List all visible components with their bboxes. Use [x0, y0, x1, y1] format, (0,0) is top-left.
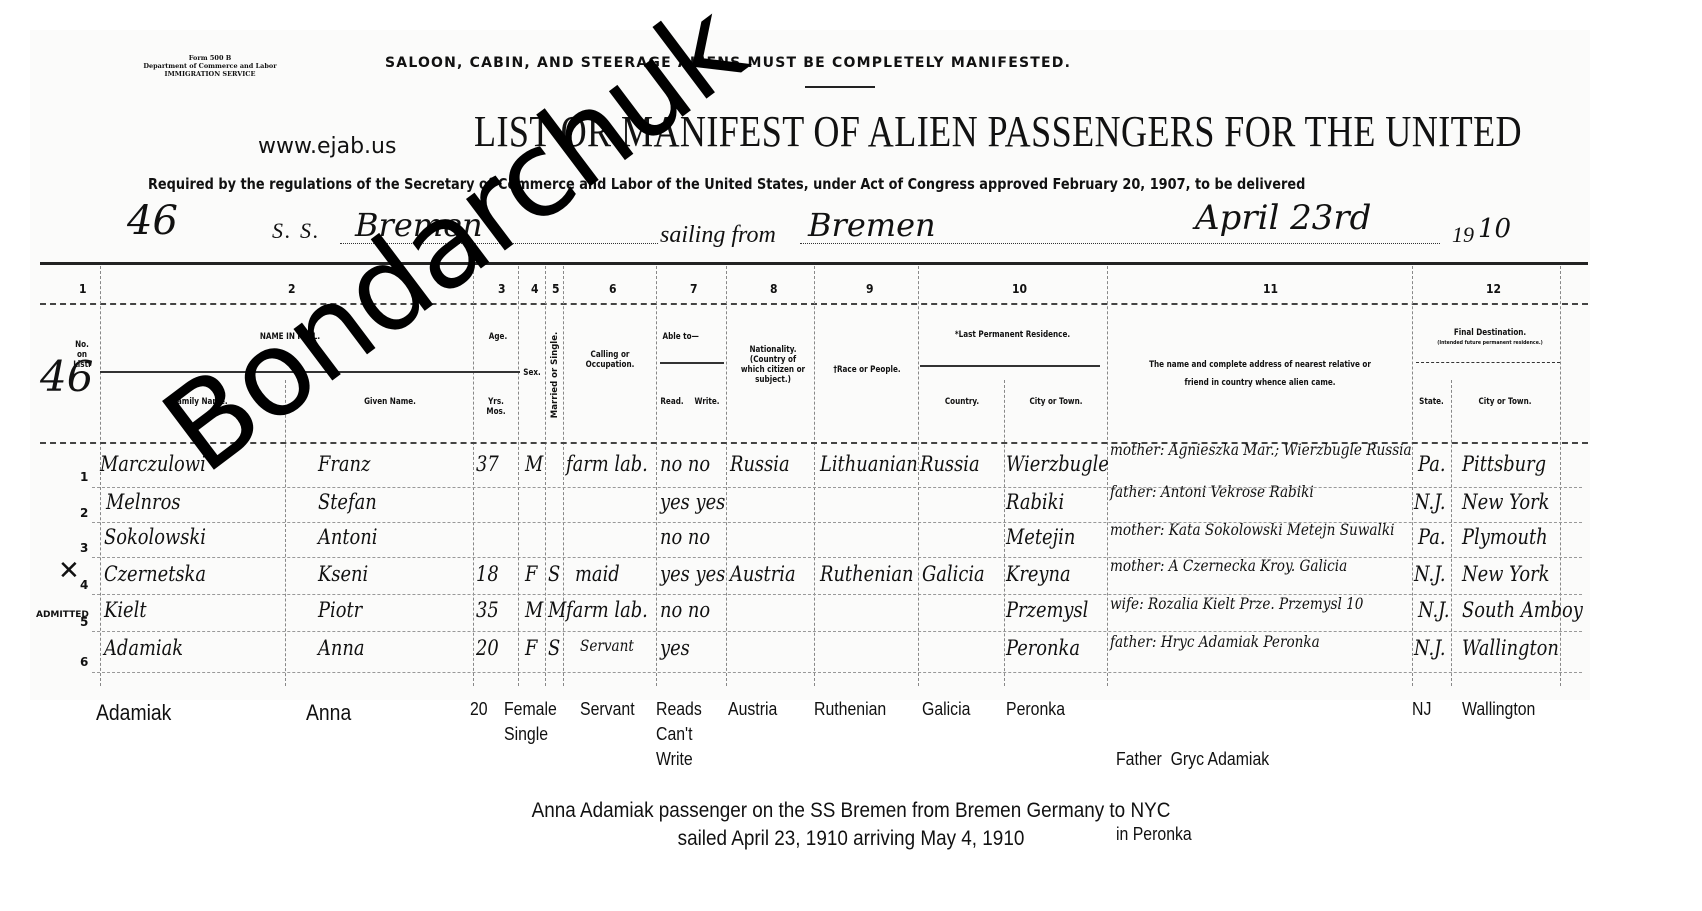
x-mark: ✕ — [58, 556, 80, 586]
dest-city-header: City or Town. — [1463, 397, 1548, 407]
transcription-state: NJ — [1412, 697, 1431, 722]
relative-line-1: Father Gryc Adamiak — [1116, 747, 1269, 772]
col-divider — [918, 266, 919, 686]
write-header: Write. — [693, 397, 722, 407]
married: M — [548, 598, 566, 622]
col-divider — [1412, 266, 1413, 686]
col-num: 1 — [79, 282, 87, 296]
state: N.J. — [1414, 562, 1446, 586]
col-num: 10 — [1012, 282, 1027, 296]
sailing-date: April 23rd — [1195, 198, 1371, 238]
state-header: State. — [1415, 397, 1448, 407]
calling-header: Calling or Occupation. — [580, 350, 640, 370]
relative: father: Antoni Vekrose Rabiki — [1110, 482, 1314, 501]
literacy-write: Write — [656, 747, 702, 772]
marital-value: Single — [504, 722, 557, 747]
col-divider — [518, 266, 519, 686]
relative-header: The name and complete address of nearest… — [1141, 356, 1379, 392]
race: Ruthenian — [820, 562, 914, 586]
age: 37 — [476, 452, 499, 476]
col-num: 5 — [552, 282, 560, 296]
given-name: Kseni — [318, 562, 368, 586]
transcription-country: Galicia — [922, 697, 970, 722]
read-write: yes yes — [660, 562, 725, 586]
age-header: Age. — [481, 332, 515, 342]
relative: mother: A Czernecka Kroy. Galicia — [1110, 556, 1347, 575]
country-header: Country. — [926, 397, 997, 407]
last-residence-header: *Last Permanent Residence. — [938, 330, 1087, 340]
col-divider — [473, 266, 474, 686]
state: N.J. — [1414, 636, 1446, 660]
married: S — [548, 636, 560, 660]
nationality: Russia — [730, 452, 790, 476]
family-name: Kielt — [104, 598, 147, 622]
row-number: 2 — [80, 506, 88, 520]
nationality: Austria — [730, 562, 796, 586]
col-num: 8 — [770, 282, 778, 296]
country: Russia — [920, 452, 980, 476]
destination-rule — [1416, 362, 1560, 363]
col-num: 6 — [609, 282, 617, 296]
col-num: 11 — [1263, 282, 1278, 296]
read-write: yes yes — [660, 490, 725, 514]
sailing-from-label: sailing from — [660, 222, 776, 249]
city: Rabiki — [1006, 490, 1064, 514]
col-divider — [1560, 266, 1561, 686]
given-name: Anna — [318, 636, 365, 660]
dest-city: Plymouth — [1462, 525, 1548, 549]
dest-city: New York — [1462, 490, 1549, 514]
residence-rule — [920, 365, 1100, 367]
nationality-header: Nationality. (Country of which citizen o… — [740, 345, 806, 385]
family-name: Adamiak — [104, 636, 183, 660]
age: 20 — [476, 636, 499, 660]
col-divider — [656, 266, 657, 686]
service: IMMIGRATION SERVICE — [130, 70, 290, 78]
married: S — [548, 562, 560, 586]
calling: farm lab. — [566, 598, 648, 622]
age: 18 — [476, 562, 499, 586]
sex-header: Sex. — [522, 368, 542, 378]
final-destination-sub: (Intended future permanent residence.) — [1431, 340, 1550, 346]
read-write: no no — [660, 452, 710, 476]
col-divider — [545, 266, 546, 686]
age-sub-header: Yrs. Mos. — [477, 397, 514, 417]
transcription-family: Adamiak — [96, 700, 171, 725]
calling: Servant — [580, 636, 634, 655]
sex: M — [525, 452, 543, 476]
col-divider — [563, 266, 564, 686]
transcription-given: Anna — [306, 700, 351, 725]
caption-line-1: Anna Adamiak passenger on the SS Bremen … — [85, 797, 1617, 825]
row-number: 1 — [80, 470, 88, 484]
calling: maid — [575, 562, 620, 586]
family-name: Melnros — [106, 490, 180, 514]
read-write: yes — [660, 636, 690, 660]
sex: F — [525, 562, 537, 586]
banner-rule — [805, 86, 875, 88]
dest-city: Wallington — [1462, 636, 1559, 660]
transcription-race: Ruthenian — [814, 697, 886, 722]
read-header: Read. — [658, 397, 687, 407]
able-rule — [660, 362, 724, 364]
literacy-cant: Can't — [656, 722, 702, 747]
col-num: 9 — [866, 282, 874, 296]
relative: wife: Rozalia Kielt Prze. Przemysl 10 — [1110, 594, 1363, 613]
col-num: 7 — [690, 282, 698, 296]
col-divider — [1004, 380, 1005, 686]
col-divider — [814, 266, 815, 686]
row-number: 5 — [80, 615, 88, 629]
city: Peronka — [1006, 636, 1080, 660]
literacy-read: Reads — [656, 697, 702, 722]
required-line: Required by the regulations of the Secre… — [148, 175, 1305, 193]
city: Wierzbugle — [1006, 452, 1109, 476]
row-line — [92, 557, 1582, 558]
row-number: 3 — [80, 541, 88, 555]
row-number: 6 — [80, 655, 88, 669]
dest-city: New York — [1462, 562, 1549, 586]
year-prefix: 19 — [1452, 222, 1474, 248]
port: Bremen — [808, 206, 936, 244]
state: Pa. — [1418, 525, 1446, 549]
final-destination-header: Final Destination. — [1431, 328, 1550, 338]
form-number: Form 500 B — [130, 54, 290, 62]
relative: mother: Kata Sokolowski Metejn Suwalki — [1110, 520, 1394, 539]
header-rule — [40, 262, 1588, 265]
family-name: Sokolowski — [104, 525, 206, 549]
relative: father: Hryc Adamiak Peronka — [1110, 632, 1320, 651]
department: Department of Commerce and Labor — [130, 62, 290, 70]
able-to-header: Able to— — [663, 332, 714, 342]
transcription-nationality: Austria — [728, 697, 777, 722]
caption-line-2: sailed April 23, 1910 arriving May 4, 19… — [85, 825, 1617, 853]
state: N.J. — [1418, 598, 1450, 622]
site-watermark: www.ejab.us — [258, 134, 396, 159]
state: N.J. — [1414, 490, 1446, 514]
read-write: no no — [660, 598, 710, 622]
page-number-hand: 46 — [40, 352, 93, 401]
race-header: †Race or People. — [829, 365, 906, 375]
given-name: Franz — [318, 452, 370, 476]
row-line — [92, 672, 1582, 673]
race: Lithuanian — [820, 452, 918, 476]
col-divider — [100, 266, 101, 686]
given-name: Stefan — [318, 490, 377, 514]
col-num: 4 — [531, 282, 539, 296]
relative: mother: Agnieszka Mar.; Wierzbugle Russi… — [1110, 440, 1412, 459]
calling: farm lab. — [566, 452, 648, 476]
transcription-sex-marital: Female Single — [504, 697, 557, 747]
city: Przemysl — [1006, 598, 1088, 622]
form-id: Form 500 B Department of Commerce and La… — [130, 54, 290, 78]
year-suffix: 10 — [1478, 214, 1511, 244]
city: Kreyna — [1006, 562, 1071, 586]
transcription-literacy: Reads Can't Write — [656, 697, 702, 772]
family-name: Czernetska — [104, 562, 206, 586]
sex: M — [525, 598, 543, 622]
col-divider — [1451, 380, 1452, 686]
transcription-age: 20 — [470, 697, 488, 722]
row-line — [92, 487, 1582, 488]
col-num: 12 — [1486, 282, 1501, 296]
col-divider — [726, 266, 727, 686]
sex-value: Female — [504, 697, 557, 722]
state: Pa. — [1418, 452, 1446, 476]
given-name: Piotr — [318, 598, 362, 622]
transcription-dest-city: Wallington — [1462, 697, 1535, 722]
transcription-calling: Servant — [580, 697, 635, 722]
married-header: Married or Single. — [550, 320, 560, 430]
row-number: 4 — [80, 578, 88, 592]
country: Galicia — [922, 562, 985, 586]
row-line — [92, 631, 1582, 632]
given-name: Antoni — [318, 525, 378, 549]
dest-city: South Amboy — [1462, 598, 1583, 622]
dest-city: Pittsburg — [1462, 452, 1546, 476]
col-divider — [1107, 266, 1108, 686]
city: Metejin — [1006, 525, 1075, 549]
city-header: City or Town. — [1014, 397, 1099, 407]
age: 35 — [476, 598, 499, 622]
transcription-city: Peronka — [1006, 697, 1065, 722]
sex: F — [525, 636, 537, 660]
read-write: no no — [660, 525, 710, 549]
sheet-number: 46 — [127, 198, 178, 244]
ship-label: S. S. — [272, 218, 321, 244]
